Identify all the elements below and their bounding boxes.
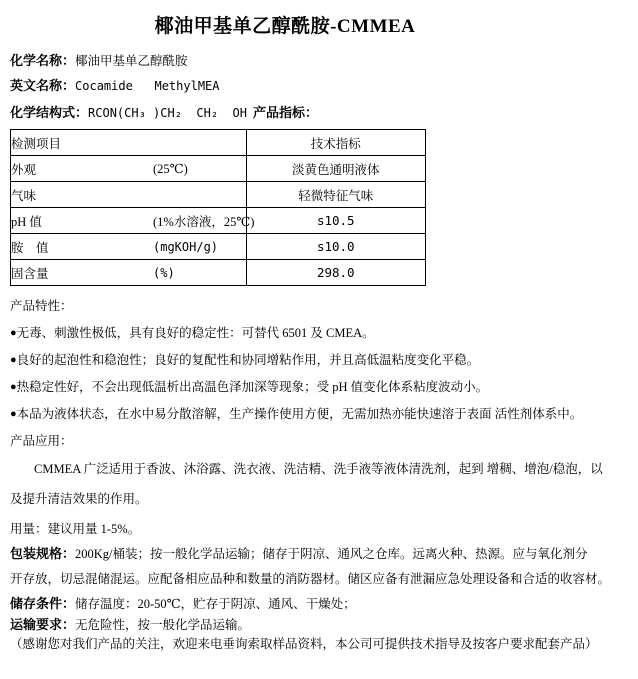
page-title: 椰油甲基单乙醇酰胺-CMMEA [10, 14, 560, 40]
spec-header-value: 技术指标 [246, 130, 425, 156]
chemical-name-row: 化学名称：椰油甲基单乙醇酰胺 [10, 52, 624, 70]
spec-item: 固含量 [11, 267, 49, 281]
transport-row: 运输要求：无危险性，按一般化学品运输。 [10, 616, 624, 634]
packaging-text-line1: 200Kg/桶装；按一般化学品运输；储存于阴凉、通风之仓库。远离火种、热源。应与… [75, 547, 588, 561]
application-text-line1: CMMEA 广泛适用于香波、沐浴露、洗衣液、洗洁精、洗手液等液体清洗剂，起到 增… [10, 461, 624, 477]
english-name-row: 英文名称：Cocamide MethylMEA [10, 77, 624, 95]
chemical-name-label: 化学名称： [10, 53, 75, 68]
bullet-icon: ● [10, 354, 17, 366]
bullet-icon: ● [10, 408, 17, 420]
spec-value: 轻微特征气味 [246, 182, 425, 208]
list-item: ●无毒、刺激性极低，具有良好的稳定性：可替代 6501 及 CMEA。 [10, 325, 624, 341]
spec-condition: (%) [153, 266, 175, 280]
spec-value: 淡黄色通明液体 [246, 156, 425, 182]
application-section-title: 产品应用： [10, 433, 624, 449]
spec-item: 胺 值 [11, 241, 49, 255]
structure-label: 化学结构式： [10, 105, 88, 120]
storage-label: 储存条件： [10, 596, 75, 611]
document-page: 椰油甲基单乙醇酰胺-CMMEA 化学名称：椰油甲基单乙醇酰胺 英文名称：Coca… [0, 0, 638, 652]
bullet-icon: ● [10, 381, 17, 393]
spec-item: pH 值 [11, 215, 42, 229]
table-row: 胺 值(mgKOH/g) s10.0 [11, 234, 426, 260]
list-item: ●热稳定性好，不会出现低温析出高温色泽加深等现象；受 pH 值变化体系粘度波动小… [10, 379, 624, 395]
feature-text: 热稳定性好，不会出现低温析出高温色泽加深等现象；受 pH 值变化体系粘度波动小。 [17, 380, 489, 394]
spec-item: 外观 [11, 163, 36, 177]
packaging-row: 包装规格：200Kg/桶装；按一般化学品运输；储存于阴凉、通风之仓库。远离火种、… [10, 545, 624, 563]
packaging-label: 包装规格： [10, 546, 75, 561]
transport-value: 无危险性，按一般化学品运输。 [75, 618, 250, 632]
spec-table-header-row: 检测项目 技术指标 [11, 130, 426, 156]
spec-item: 气味 [11, 189, 36, 203]
spec-value: s10.5 [246, 208, 425, 234]
spec-table: 检测项目 技术指标 外观(25℃) 淡黄色通明液体 气味 轻微特征气味 pH 值… [10, 129, 426, 286]
spec-header-item: 检测项目 [11, 130, 247, 156]
feature-text: 无毒、刺激性极低，具有良好的稳定性：可替代 6501 及 CMEA。 [17, 326, 375, 340]
english-name-label: 英文名称： [10, 78, 75, 93]
storage-row: 储存条件：储存温度：20-50℃，贮存于阴凉、通风、干燥处； [10, 595, 624, 613]
spec-value: s10.0 [246, 234, 425, 260]
footer-note: （感谢您对我们产品的关注，欢迎来电垂询索取样品资料，本公司可提供技术指导及按客户… [10, 636, 624, 652]
list-item: ●本品为液体状态，在水中易分散溶解，生产操作使用方便，无需加热亦能快速溶于表面 … [10, 406, 624, 422]
features-section-title: 产品特性： [10, 298, 624, 314]
structure-formula: RCON(CH₃ )CH₂ CH₂ OH [88, 106, 247, 120]
table-row: pH 值(1%水溶液，25℃) s10.5 [11, 208, 426, 234]
spec-condition: (1%水溶液，25℃) [153, 212, 254, 230]
dosage-label: 用量： [10, 522, 48, 536]
feature-text: 本品为液体状态，在水中易分散溶解，生产操作使用方便，无需加热亦能快速溶于表面 活… [17, 407, 583, 421]
spec-value: 298.0 [246, 260, 425, 286]
spec-condition: (mgKOH/g) [153, 240, 218, 254]
storage-value: 储存温度：20-50℃，贮存于阴凉、通风、干燥处； [75, 597, 356, 611]
transport-label: 运输要求： [10, 617, 75, 632]
application-text-line2: 及提升清洁效果的作用。 [10, 491, 624, 507]
packaging-text-line2: 开存放，切忌混储混运。应配备相应品种和数量的消防器材。储区应备有泄漏应急处理设备… [10, 571, 624, 587]
bullet-icon: ● [10, 327, 17, 339]
table-row: 气味 轻微特征气味 [11, 182, 426, 208]
english-name-value: Cocamide MethylMEA [75, 79, 220, 93]
spec-condition: (25℃) [153, 161, 188, 177]
chemical-name-value: 椰油甲基单乙醇酰胺 [75, 54, 188, 68]
list-item: ●良好的起泡性和稳泡性；良好的复配性和协同增粘作用，并且高低温粘度变化平稳。 [10, 352, 624, 368]
dosage-value: 建议用量 1-5%。 [48, 522, 141, 536]
table-row: 外观(25℃) 淡黄色通明液体 [11, 156, 426, 182]
dosage-row: 用量：建议用量 1-5%。 [10, 521, 624, 537]
spec-section-label: 产品指标： [253, 105, 318, 120]
structure-row: 化学结构式：RCON(CH₃ )CH₂ CH₂ OH产品指标： [10, 104, 624, 122]
table-row: 固含量(%) 298.0 [11, 260, 426, 286]
feature-text: 良好的起泡性和稳泡性；良好的复配性和协同增粘作用，并且高低温粘度变化平稳。 [17, 353, 480, 367]
